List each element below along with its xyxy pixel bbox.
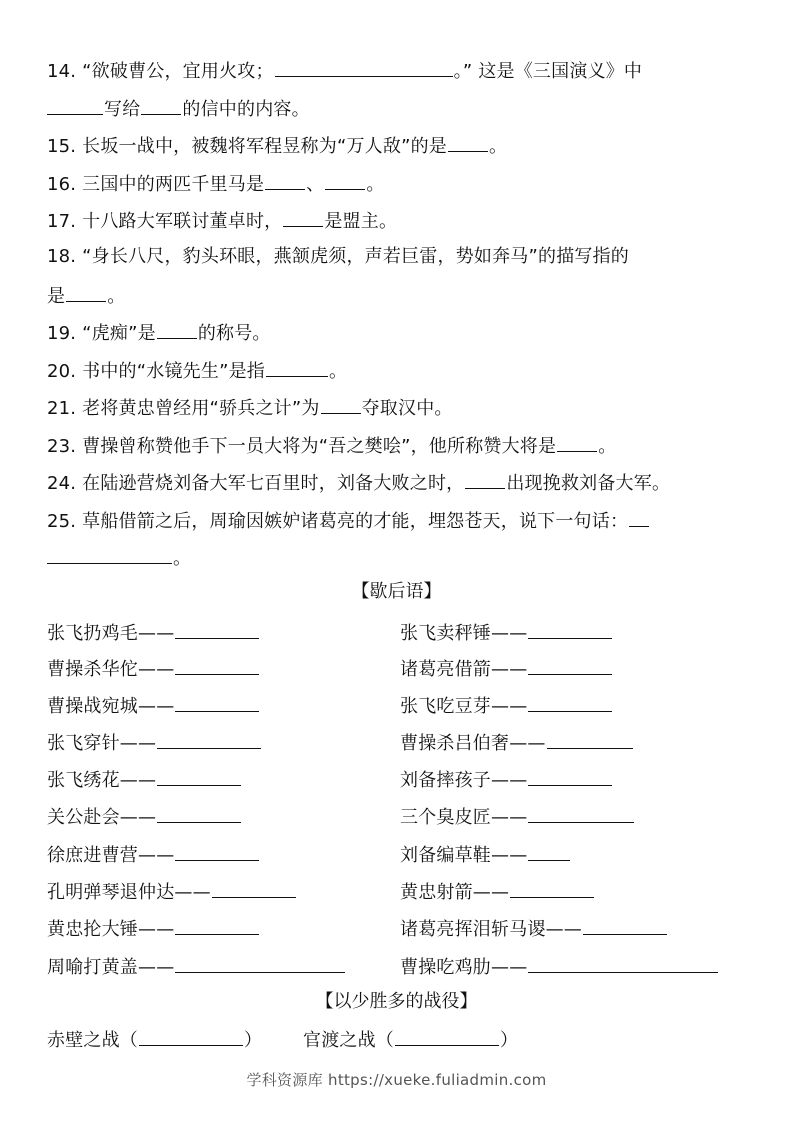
answer-blank[interactable] <box>448 133 488 152</box>
question-14-line2: 写给的信中的内容。 <box>47 96 310 122</box>
xiehouyu-text: 诸葛亮挥泪斩马谡—— <box>400 919 582 940</box>
answer-blank[interactable] <box>266 358 328 377</box>
xiehouyu-right-7: 黄忠射箭—— <box>400 879 595 905</box>
xiehouyu-right-1: 诸葛亮借箭—— <box>400 656 613 682</box>
question-23: 23. 曹操曾称赞他手下一员大将为“吾之樊哙”，他所称赞大将是。 <box>47 433 616 459</box>
xiehouyu-text: 三个臭皮匠—— <box>400 807 527 828</box>
question-text: 。 <box>173 548 191 569</box>
question-text: 20. 书中的“水镜先生”是指 <box>47 361 265 382</box>
answer-blank[interactable] <box>157 804 241 823</box>
question-17: 17. 十八路大军联讨董卓时，是盟主。 <box>47 208 397 234</box>
question-text: 14. “欲破曹公，宜用火攻； <box>47 61 274 82</box>
question-text: 是 <box>47 286 65 307</box>
section-heading-xiehouyu: 【歇后语】 <box>0 580 793 604</box>
xiehouyu-text: 张飞穿针—— <box>47 733 156 754</box>
question-15: 15. 长坂一战中，被魏将军程昱称为“万人敌”的是。 <box>47 133 507 159</box>
answer-blank[interactable] <box>265 171 305 190</box>
answer-blank[interactable] <box>547 730 633 749</box>
question-14-line1: 14. “欲破曹公，宜用火攻；。” 这是《三国演义》中 <box>47 58 642 84</box>
question-text: 出现挽救刘备大军。 <box>506 473 670 494</box>
answer-blank[interactable] <box>325 171 365 190</box>
answer-blank[interactable] <box>175 842 259 861</box>
question-text: 24. 在陆逊营烧刘备大军七百里时，刘备大败之时， <box>47 473 464 494</box>
answer-blank[interactable] <box>175 954 345 973</box>
xiehouyu-right-9: 曹操吃鸡肋—— <box>400 954 719 980</box>
answer-blank[interactable] <box>157 730 261 749</box>
xiehouyu-text: 黄忠抡大锤—— <box>47 919 174 940</box>
answer-blank[interactable] <box>528 767 612 786</box>
answer-blank[interactable] <box>175 620 259 639</box>
xiehouyu-text: 曹操杀吕伯奢—— <box>400 733 546 754</box>
answer-blank[interactable] <box>528 804 634 823</box>
question-text: 的信中的内容。 <box>182 99 309 120</box>
xiehouyu-text: 张飞卖秤锤—— <box>400 623 527 644</box>
question-text: 的称号。 <box>198 323 271 344</box>
xiehouyu-text: 张飞吃豆芽—— <box>400 696 527 717</box>
bracket: ） <box>500 1030 518 1051</box>
xiehouyu-left-9: 周喻打黄盖—— <box>47 954 346 980</box>
question-text: 18. “身长八尺，豹头环眼，燕颔虎须，声若巨雷，势如奔马”的描写指的 <box>47 246 629 267</box>
question-text: 是盟主。 <box>324 211 397 232</box>
question-text: 。 <box>598 436 616 457</box>
question-text: 25. 草船借箭之后，周瑜因嫉妒诸葛亮的才能，埋怨苍天，说下一句话： <box>47 511 628 532</box>
question-text: 17. 十八路大军联讨董卓时， <box>47 211 282 232</box>
question-text: 夺取汉中。 <box>362 398 453 419</box>
xiehouyu-left-1: 曹操杀华佗—— <box>47 656 260 682</box>
question-text: 16. 三国中的两匹千里马是 <box>47 174 264 195</box>
answer-blank[interactable] <box>583 916 667 935</box>
question-text: 15. 长坂一战中，被魏将军程昱称为“万人敌”的是 <box>47 136 447 157</box>
answer-blank[interactable] <box>175 693 259 712</box>
answer-blank[interactable] <box>47 545 172 564</box>
battle-guandu: 官渡之战（） <box>303 1027 518 1053</box>
xiehouyu-left-4: 张飞绣花—— <box>47 767 242 793</box>
question-text: 。 <box>329 361 347 382</box>
xiehouyu-left-7: 孔明弹琴退仲达—— <box>47 879 297 905</box>
answer-blank[interactable] <box>283 208 323 227</box>
question-text: 。 <box>107 286 125 307</box>
answer-blank[interactable] <box>528 842 570 861</box>
xiehouyu-left-8: 黄忠抡大锤—— <box>47 916 260 942</box>
question-text: 。 <box>366 174 384 195</box>
question-text: 。 <box>489 136 507 157</box>
question-text: 。” 这是《三国演义》中 <box>454 61 642 82</box>
answer-blank[interactable] <box>528 693 612 712</box>
question-text: 23. 曹操曾称赞他手下一员大将为“吾之樊哙”，他所称赞大将是 <box>47 436 556 457</box>
xiehouyu-right-8: 诸葛亮挥泪斩马谡—— <box>400 916 668 942</box>
question-19: 19. “虎痴”是的称号。 <box>47 320 271 346</box>
question-text: 、 <box>306 174 324 195</box>
xiehouyu-right-0: 张飞卖秤锤—— <box>400 620 613 646</box>
answer-blank[interactable] <box>139 1027 243 1046</box>
battle-label: 赤壁之战（ <box>47 1030 138 1051</box>
xiehouyu-text: 周喻打黄盖—— <box>47 957 174 978</box>
battle-label: 官渡之战（ <box>303 1030 394 1051</box>
answer-blank[interactable] <box>629 508 649 527</box>
xiehouyu-text: 刘备编草鞋—— <box>400 845 527 866</box>
answer-blank[interactable] <box>528 656 612 675</box>
xiehouyu-text: 张飞绣花—— <box>47 770 156 791</box>
footer-watermark: 学科资源库 https://xueke.fuliadmin.com <box>0 1069 793 1090</box>
xiehouyu-right-6: 刘备编草鞋—— <box>400 842 571 868</box>
question-text: 19. “虎痴”是 <box>47 323 156 344</box>
answer-blank[interactable] <box>557 433 597 452</box>
question-18-line1: 18. “身长八尺，豹头环眼，燕颔虎须，声若巨雷，势如奔马”的描写指的 <box>47 245 629 269</box>
answer-blank[interactable] <box>275 58 453 77</box>
answer-blank[interactable] <box>528 954 718 973</box>
question-20: 20. 书中的“水镜先生”是指。 <box>47 358 347 384</box>
xiehouyu-right-2: 张飞吃豆芽—— <box>400 693 613 719</box>
xiehouyu-left-5: 关公赴会—— <box>47 804 242 830</box>
xiehouyu-text: 关公赴会—— <box>47 807 156 828</box>
answer-blank[interactable] <box>528 620 612 639</box>
question-text: 21. 老将黄忠曾经用“骄兵之计”为 <box>47 398 320 419</box>
answer-blank[interactable] <box>47 96 103 115</box>
answer-blank[interactable] <box>66 283 106 302</box>
question-21: 21. 老将黄忠曾经用“骄兵之计”为夺取汉中。 <box>47 395 453 421</box>
answer-blank[interactable] <box>175 656 259 675</box>
question-24: 24. 在陆逊营烧刘备大军七百里时，刘备大败之时，出现挽救刘备大军。 <box>47 470 670 496</box>
answer-blank[interactable] <box>157 767 241 786</box>
xiehouyu-text: 曹操战宛城—— <box>47 696 174 717</box>
answer-blank[interactable] <box>175 916 259 935</box>
xiehouyu-right-3: 曹操杀吕伯奢—— <box>400 730 634 756</box>
answer-blank[interactable] <box>212 879 296 898</box>
xiehouyu-left-6: 徐庶进曹营—— <box>47 842 260 868</box>
xiehouyu-text: 刘备摔孩子—— <box>400 770 527 791</box>
answer-blank[interactable] <box>321 395 361 414</box>
question-25-line1: 25. 草船借箭之后，周瑜因嫉妒诸葛亮的才能，埋怨苍天，说下一句话： <box>47 508 650 534</box>
xiehouyu-text: 张飞扔鸡毛—— <box>47 623 174 644</box>
answer-blank[interactable] <box>157 320 197 339</box>
xiehouyu-right-5: 三个臭皮匠—— <box>400 804 635 830</box>
question-25-line2: 。 <box>47 545 191 571</box>
xiehouyu-left-2: 曹操战宛城—— <box>47 693 260 719</box>
xiehouyu-right-4: 刘备摔孩子—— <box>400 767 613 793</box>
question-text: 写给 <box>104 99 140 120</box>
xiehouyu-left-0: 张飞扔鸡毛—— <box>47 620 260 646</box>
answer-blank[interactable] <box>395 1027 499 1046</box>
bracket: ） <box>244 1030 262 1051</box>
answer-blank[interactable] <box>141 96 181 115</box>
xiehouyu-text: 曹操杀华佗—— <box>47 659 174 680</box>
battle-chibi: 赤壁之战（） <box>47 1027 262 1053</box>
section-heading-battles: 【以少胜多的战役】 <box>0 990 793 1014</box>
question-18-line2: 是。 <box>47 283 125 309</box>
xiehouyu-text: 曹操吃鸡肋—— <box>400 957 527 978</box>
answer-blank[interactable] <box>510 879 594 898</box>
xiehouyu-left-3: 张飞穿针—— <box>47 730 262 756</box>
xiehouyu-text: 黄忠射箭—— <box>400 882 509 903</box>
xiehouyu-text: 徐庶进曹营—— <box>47 845 174 866</box>
xiehouyu-text: 诸葛亮借箭—— <box>400 659 527 680</box>
question-16: 16. 三国中的两匹千里马是、。 <box>47 171 385 197</box>
xiehouyu-text: 孔明弹琴退仲达—— <box>47 882 211 903</box>
answer-blank[interactable] <box>465 470 505 489</box>
